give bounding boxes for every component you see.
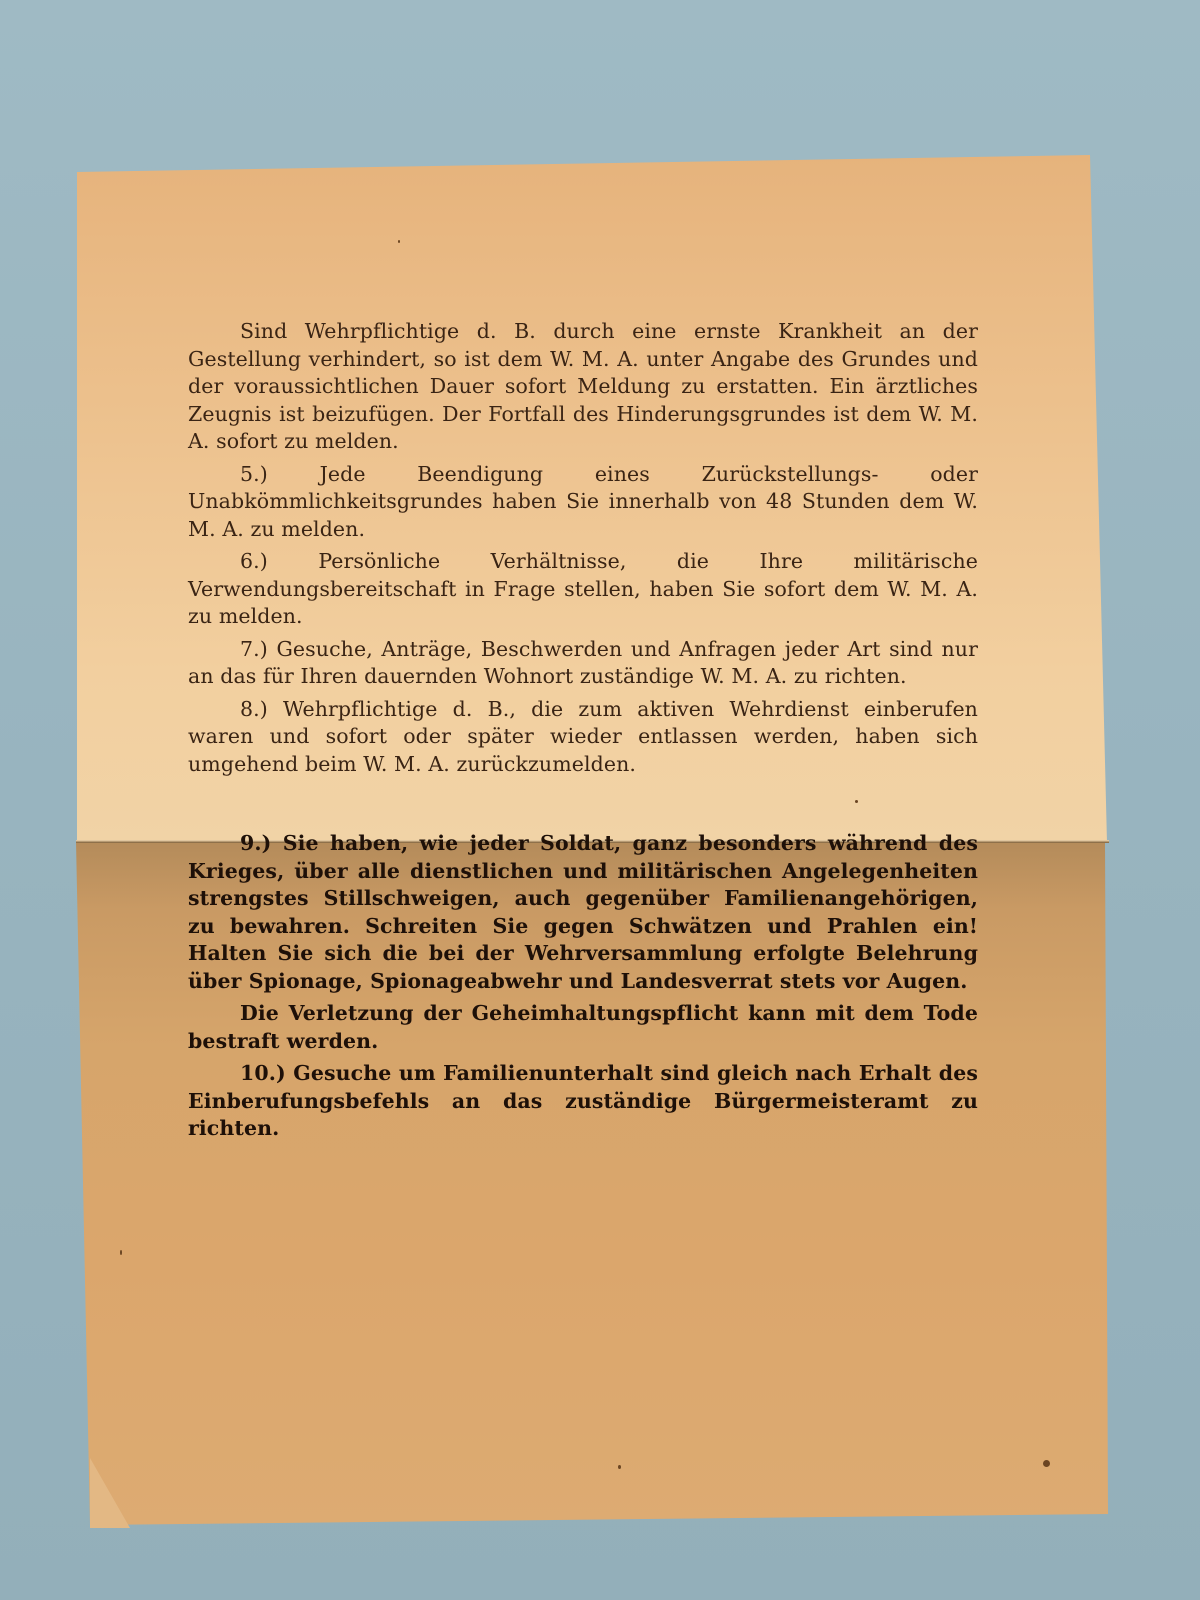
paper-speck bbox=[618, 1465, 621, 1469]
lower-text-section: 9.) Sie haben, wie jeder Soldat, ganz be… bbox=[188, 830, 978, 1148]
paragraph-7: 7.) Gesuche, Anträge, Beschwerden und An… bbox=[188, 636, 978, 691]
document-photo: Sind Wehrpflichtige d. B. durch eine ern… bbox=[0, 0, 1200, 1600]
paragraph-9: 9.) Sie haben, wie jeder Soldat, ganz be… bbox=[188, 830, 978, 995]
paragraph-illness: Sind Wehrpflichtige d. B. durch eine ern… bbox=[188, 318, 978, 456]
paragraph-text: Gesuche um Familienunterhalt sind gleich… bbox=[188, 1061, 978, 1140]
paper-speck bbox=[398, 240, 400, 243]
paragraph-number: 7.) bbox=[240, 637, 268, 661]
paper-speck bbox=[120, 1250, 122, 1255]
paragraph-number: 9.) bbox=[240, 831, 271, 855]
upper-text-section: Sind Wehrpflichtige d. B. durch eine ern… bbox=[188, 318, 978, 783]
paragraph-text: Sind Wehrpflichtige d. B. durch eine ern… bbox=[188, 319, 978, 453]
paragraph-secrecy-penalty: Die Verletzung der Geheimhaltungspflicht… bbox=[188, 1000, 978, 1055]
paper-speck bbox=[855, 800, 858, 803]
paragraph-text: Wehrpflichtige d. B., die zum aktiven We… bbox=[188, 697, 978, 776]
paper-hole bbox=[1043, 1460, 1050, 1467]
paragraph-text: Persönliche Verhältnisse, die Ihre milit… bbox=[188, 549, 978, 628]
paragraph-6: 6.) Persönliche Verhältnisse, die Ihre m… bbox=[188, 548, 978, 631]
paragraph-5: 5.) Jede Beendigung eines Zurückstellung… bbox=[188, 461, 978, 544]
paragraph-text: Sie haben, wie jeder Soldat, ganz besond… bbox=[188, 831, 978, 993]
paragraph-number: 8.) bbox=[240, 697, 268, 721]
paragraph-text: Gesuche, Anträge, Beschwerden und Anfrag… bbox=[188, 637, 978, 689]
paragraph-text: Die Verletzung der Geheimhaltungspflicht… bbox=[188, 1001, 978, 1053]
paragraph-number: 10.) bbox=[240, 1061, 286, 1085]
paragraph-8: 8.) Wehrpflichtige d. B., die zum aktive… bbox=[188, 696, 978, 779]
paragraph-number: 5.) bbox=[240, 462, 268, 486]
paragraph-10: 10.) Gesuche um Familienunterhalt sind g… bbox=[188, 1060, 978, 1143]
paragraph-text: Jede Beendigung eines Zurückstellungs- o… bbox=[188, 462, 978, 541]
paragraph-number: 6.) bbox=[240, 549, 268, 573]
